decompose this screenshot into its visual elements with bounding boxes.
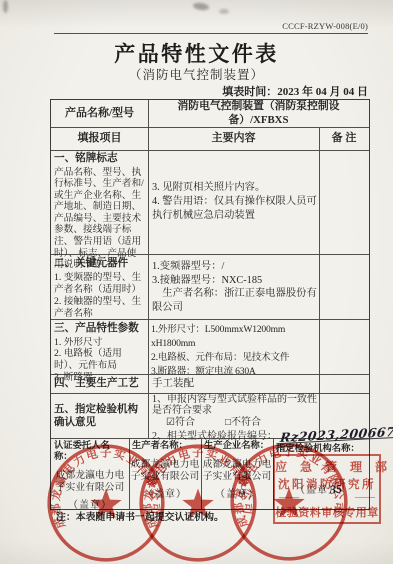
inspection-rect-seal: 应 急 管 理 部 沈阳消防研究所 ———— 检验资料审核专用章 35 (273, 454, 381, 524)
section3-content: 1.外形尺寸：L500mmxW1200mm xH1800mm 2.电路板、元件布… (151, 319, 323, 378)
section2-heading: 二、关键元器件 (54, 257, 146, 271)
scan-smudge (219, 9, 229, 14)
table-line (148, 100, 149, 438)
page-title: 产品特性文件表 (0, 38, 393, 68)
scan-smudge (3, 0, 8, 13)
product-name-value: 消防电气控制装置（消防泵控制设备）/XFBXS (148, 100, 369, 127)
col-header-remark: 备 注 (319, 127, 369, 150)
section4-content: 手工装配 (152, 374, 317, 393)
section4-heading: 四、主要生产工艺 (54, 374, 146, 393)
checkbox-nonconform-unchecked: □不符合 (225, 417, 261, 428)
section1-heading: 一、铭牌标志 (54, 152, 146, 166)
seal-star-icon (90, 489, 121, 519)
section3-heading: 三、产品特性参数 (54, 322, 146, 336)
section1-content: 3. 见附页相关照片内容。 4. 警告用语：仅具有操作权限人员可执行机械应急启动… (152, 150, 317, 254)
document-code: CCCF-RZYW-008(E/0) (180, 21, 368, 31)
rect-seal-divider: ———— (275, 493, 379, 503)
page-subtitle: （消防电气控制装置） (0, 65, 393, 83)
col-header-content: 主要内容 (148, 127, 319, 150)
section1-items: 一、铭牌标志 产品名称、型号、执行标准号、生产者和/或生产企业名称、生产地址、制… (54, 152, 146, 252)
product-name-label: 产品名称/型号 (51, 100, 148, 127)
scanned-document-page: CCCF-RZYW-008(E/0) 产品特性文件表 （消防电气控制装置） 填表… (0, 0, 393, 564)
section1-item-list: 产品名称、型号、执行标准号、生产者和/或生产企业名称、生产地址、制造日期、产品编… (54, 167, 146, 271)
fill-date: 填表时间：2023 年 04 月 04 日 (180, 83, 368, 99)
rect-seal-line4: 检验资料审核专用章 (275, 504, 379, 520)
seal-star-icon (182, 489, 213, 519)
section2-items: 二、关键元器件 1. 变频器的型号、生产者名称（适用时） 2. 接触器的型号、生… (54, 257, 146, 319)
table-line (319, 127, 320, 438)
rect-seal-line2: 沈阳消防研究所 (275, 476, 379, 492)
handwritten-35: 35 (329, 481, 343, 497)
header-rule (54, 33, 368, 34)
checkbox-conform-checked: ☑符合 (166, 417, 195, 428)
report-number-handwritten: Rz2023,200667 (276, 426, 393, 445)
section2-item-list: 1. 变频器的型号、生产者名称（适用时） 2. 接触器的型号、生产者名称 (54, 272, 146, 320)
section5-heading: 五、指定检验机构确认意见 (54, 393, 146, 438)
scan-smudge (193, 2, 210, 11)
conformity-question: 1、申报内容与型式试验样品的一致性是否符合要求 (152, 394, 324, 417)
rect-seal-line1: 应 急 管 理 部 (275, 458, 379, 475)
section3-items: 三、产品特性参数 1. 外形尺寸 2. 电路板（适用时）、元件布局 3. 断路器 (54, 322, 146, 374)
section2-content: 1.变频器型号：/ 3.接触器型号：NXC-185 生产者名称：浙江正泰电器股份… (152, 254, 317, 325)
col-header-item: 填报项目 (51, 127, 148, 150)
section5-content: 1、申报内容与型式试验样品的一致性是否符合要求 ☑符合 □不符合 2、相关型式检… (152, 394, 324, 438)
